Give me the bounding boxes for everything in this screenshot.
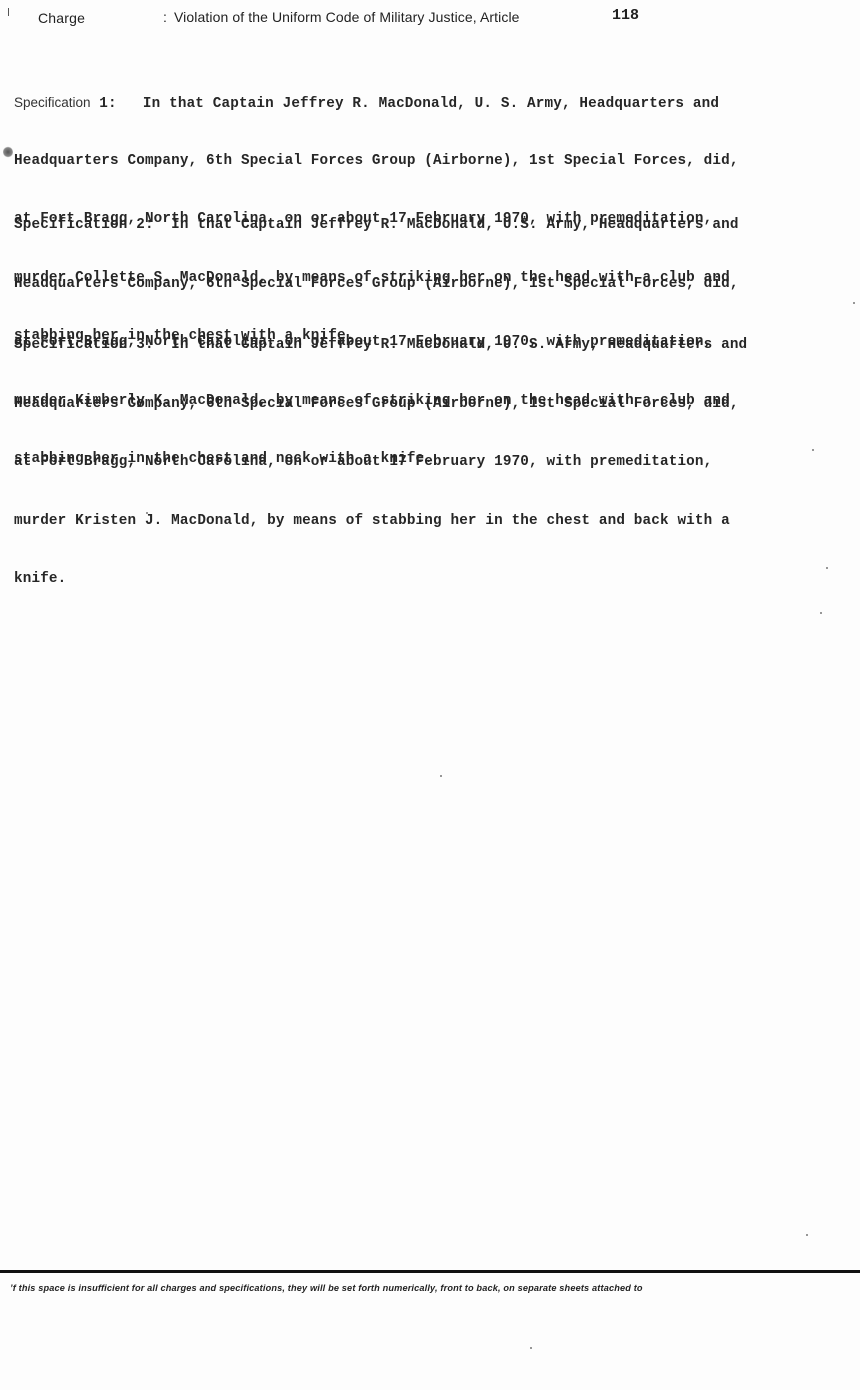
- charge-label: Charge: [38, 10, 85, 26]
- footer-divider: [0, 1270, 860, 1273]
- spec-line: Headquarters Company, 6th Special Forces…: [14, 275, 844, 295]
- spec-line: Headquarters Company, 6th Special Forces…: [14, 152, 844, 172]
- specification-label: Specification: [14, 95, 91, 110]
- scan-speck: [146, 512, 148, 514]
- charge-header: Charge : Violation of the Uniform Code o…: [0, 6, 860, 30]
- scan-speck: [440, 775, 442, 777]
- scan-speck: [530, 1347, 532, 1349]
- spec-line: at Fort Bragg, North Carolina, on or abo…: [14, 453, 844, 473]
- scan-speck: [826, 567, 828, 569]
- specification-3: Specification 3: In that Captain Jeffrey…: [14, 297, 844, 629]
- scan-speck: [853, 302, 855, 304]
- spec-line: Specification 2: In that Captain Jeffrey…: [14, 216, 844, 236]
- spec-line: Specification 1: In that Captain Jeffrey…: [14, 93, 844, 113]
- margin-mark: [8, 8, 9, 16]
- scan-speck: [806, 1234, 808, 1236]
- charge-description: Violation of the Uniform Code of Militar…: [174, 9, 520, 25]
- document-page: Charge : Violation of the Uniform Code o…: [0, 0, 860, 1390]
- spec-line: Specification 3: In that Captain Jeffrey…: [14, 336, 844, 356]
- scan-speck: [820, 612, 822, 614]
- article-number: 118: [612, 7, 639, 24]
- spec-line: Headquarters Company, 6th Special Forces…: [14, 395, 844, 415]
- spec-line: murder Kristen J. MacDonald, by means of…: [14, 512, 844, 532]
- scan-speck: [812, 449, 814, 451]
- charge-colon: :: [163, 9, 167, 25]
- spec-line: knife.: [14, 570, 844, 590]
- footer-note: ’f this space is insufficient for all ch…: [10, 1283, 860, 1293]
- ink-blot: [3, 146, 13, 158]
